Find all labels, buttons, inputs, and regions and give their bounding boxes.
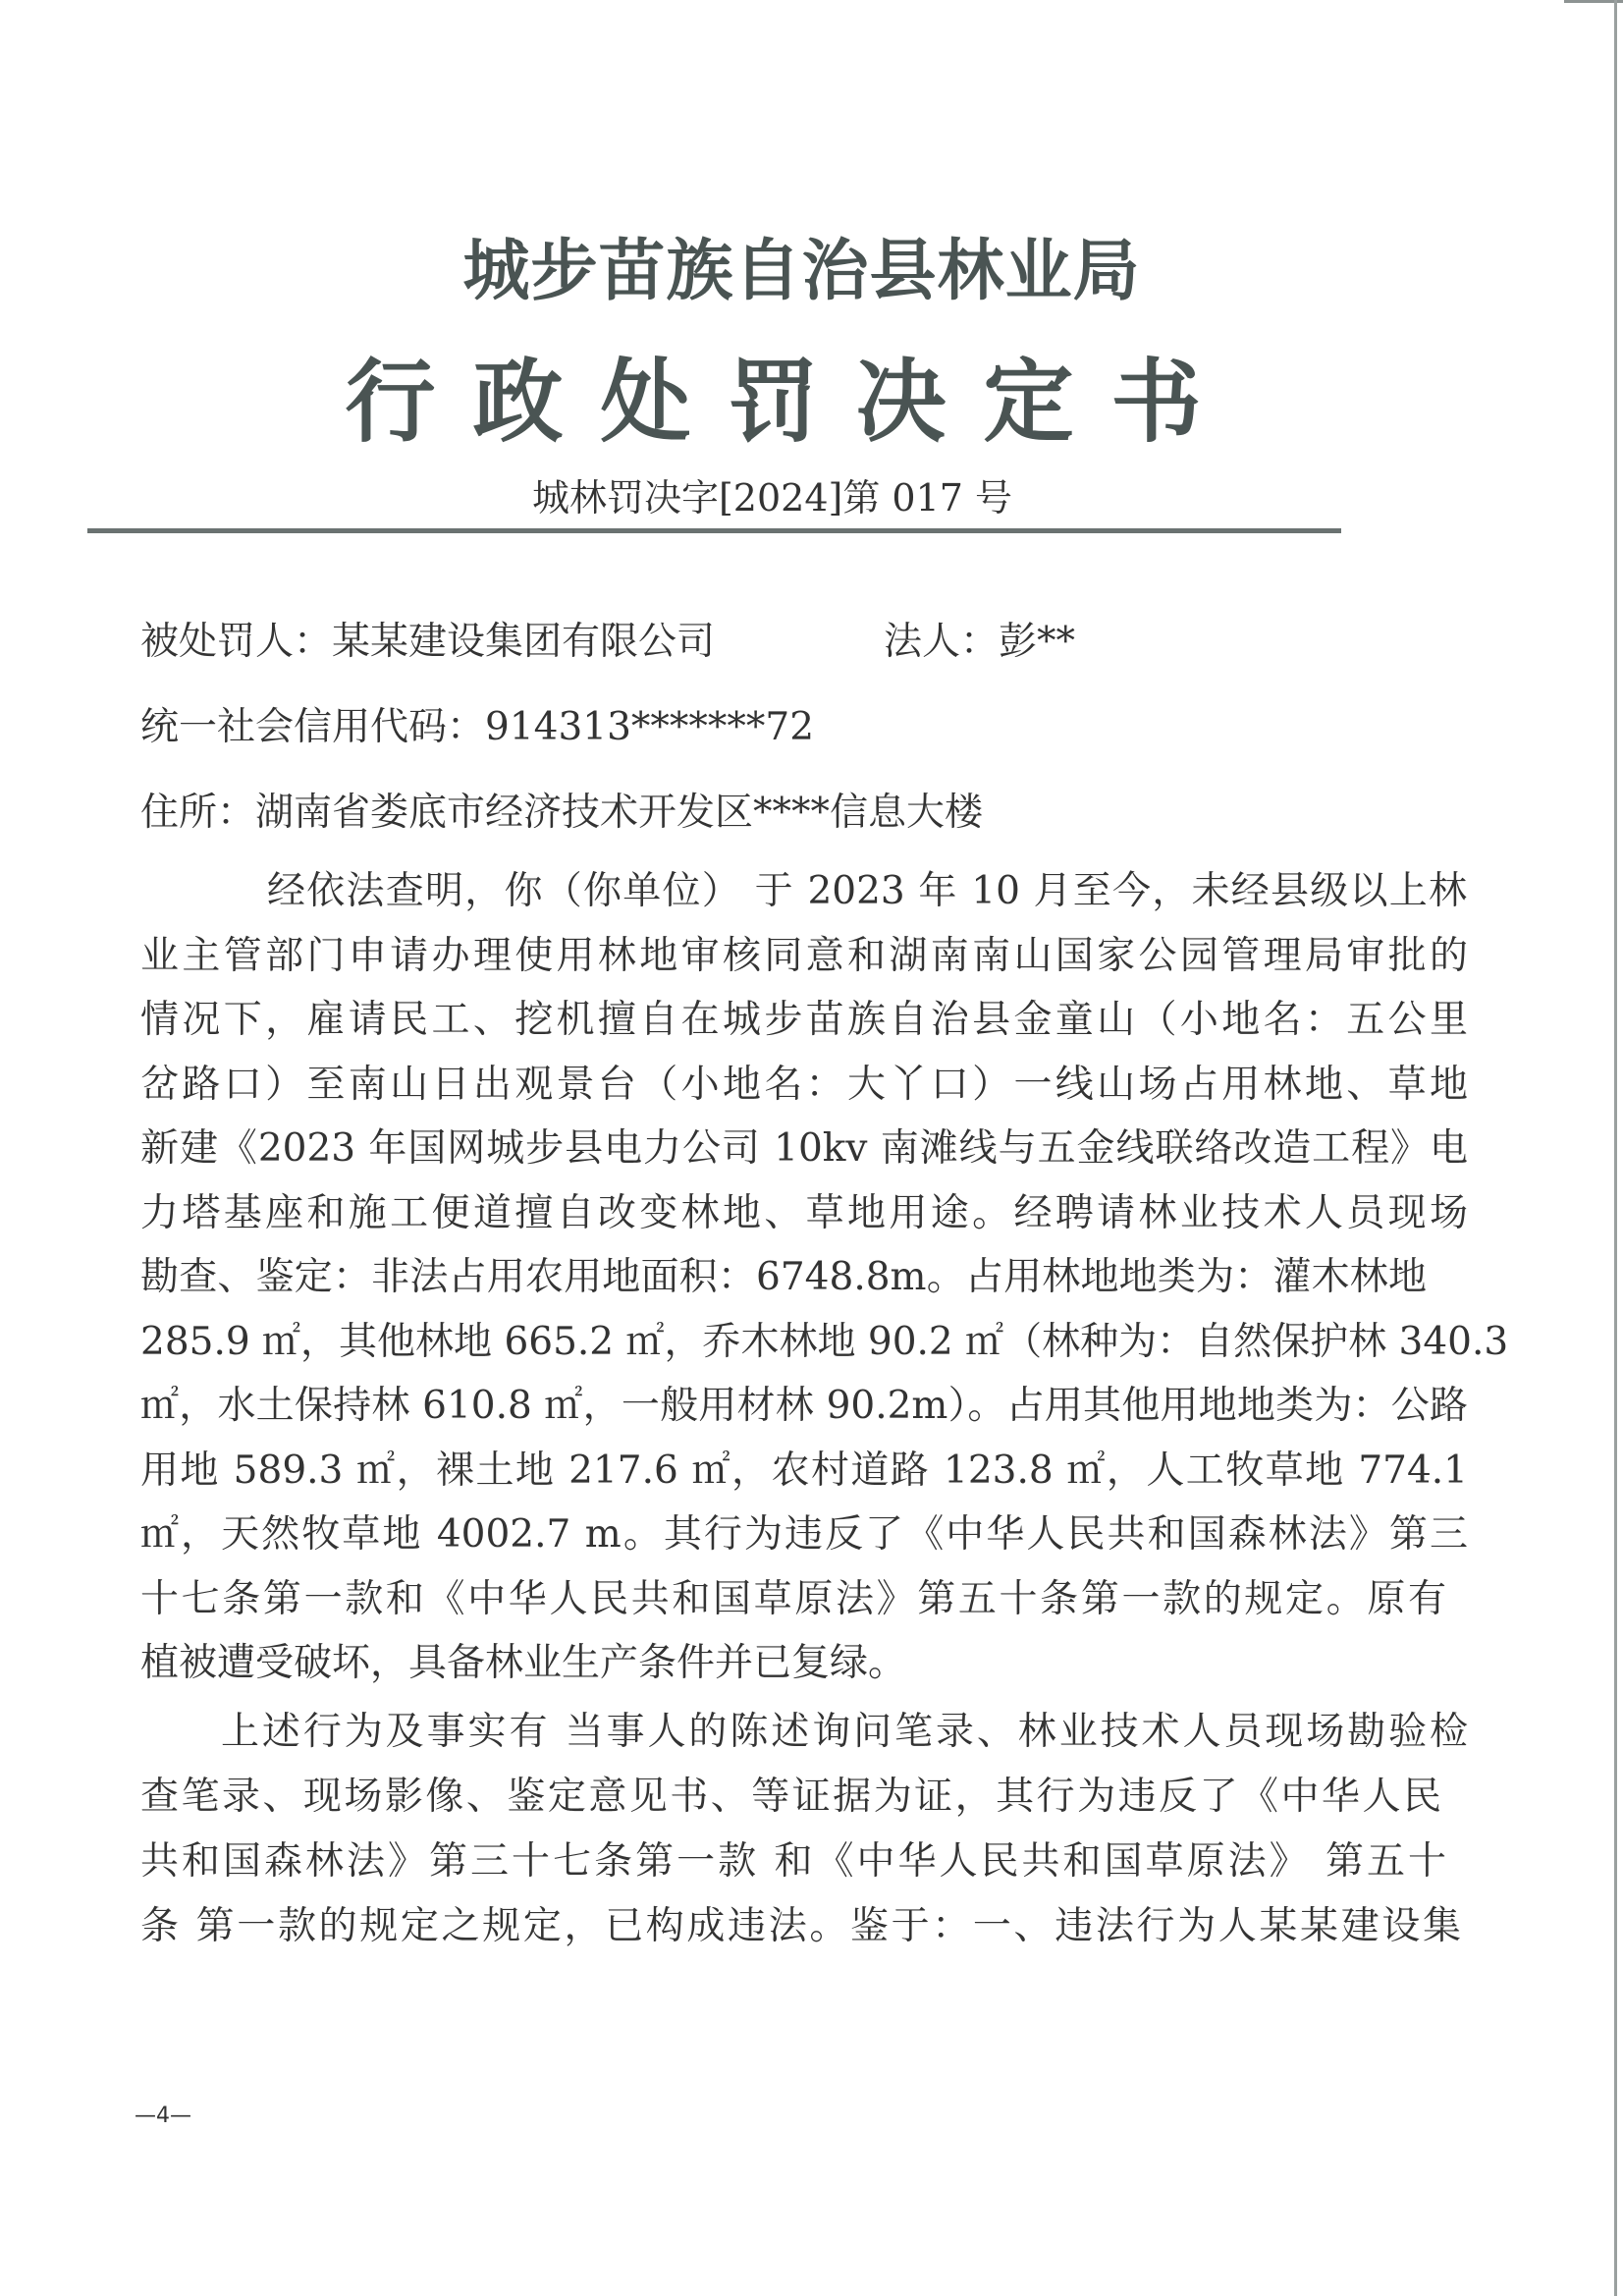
- legal-rep-value: 彭**: [999, 620, 1075, 664]
- page-edge-right: [1614, 0, 1617, 2296]
- doc-title: 行政处罚决定书: [0, 330, 1603, 460]
- page-number: —4—: [135, 2104, 191, 2128]
- doc-number: 城林罚决字[2024]第 017 号: [0, 467, 1584, 521]
- body-line: 十七条第一款和《中华人民共和国草原法》第五十条第一款的规定。原有: [140, 1576, 1446, 1623]
- org-title: 城步苗族自治县林业局: [0, 218, 1613, 313]
- body-line: 用地 589.3 ㎡，裸土地 217.6 ㎡，农村道路 123.8 ㎡，人工牧草…: [140, 1448, 1468, 1495]
- body-line: 条 第一款的规定之规定，已构成违法。鉴于：一、违法行为人某某建设集: [140, 1903, 1461, 1950]
- body-line: ㎡，天然牧草地 4002.7 m。其行为违反了《中华人民共和国森林法》第三: [140, 1511, 1468, 1558]
- credit-code-row: 统一社会信用代码：914313*******72: [140, 704, 814, 751]
- body-line: 285.9 ㎡，其他林地 665.2 ㎡，乔木林地 90.2 ㎡（林种为：自然保…: [140, 1319, 1468, 1366]
- body-line: 植被遭受破坏，具备林业生产条件并已复绿。: [140, 1640, 906, 1687]
- body-line: 上述行为及事实有 当事人的陈述询问笔录、林业技术人员现场勘验检: [221, 1709, 1468, 1756]
- address-label: 住所：: [140, 791, 255, 835]
- body-line: 情况下，雇请民工、挖机擅自在城步苗族自治县金童山（小地名：五公里: [140, 997, 1468, 1044]
- legal-rep-label: 法人：: [884, 620, 999, 664]
- body-line: 勘查、鉴定：非法占用农用地面积：6748.8m。占用林地地类为：灌木林地: [140, 1254, 1427, 1301]
- credit-code-label: 统一社会信用代码：: [140, 705, 485, 749]
- legal-rep: 法人：彭**: [884, 619, 1075, 666]
- body-line: 岔路口）至南山日出观景台（小地名：大丫口）一线山场占用林地、草地: [140, 1062, 1468, 1109]
- body-line: 经依法查明，你（你单位） 于 2023 年 10 月至今，未经县级以上林: [267, 868, 1467, 915]
- header-rule: [87, 528, 1341, 533]
- address-row: 住所：湖南省娄底市经济技术开发区****信息大楼: [140, 790, 983, 837]
- body-line: 共和国森林法》第三十七条第一款 和《中华人民共和国草原法》 第五十: [140, 1838, 1446, 1886]
- credit-code-value: 914313*******72: [485, 705, 814, 749]
- address-value: 湖南省娄底市经济技术开发区****信息大楼: [255, 791, 983, 835]
- body-line: ㎡，水土保持林 610.8 ㎡，一般用材林 90.2m）。占用其他用地地类为：公…: [140, 1383, 1468, 1430]
- body-line: 业主管部门申请办理使用林地审核同意和湖南南山国家公园管理局审批的: [140, 933, 1468, 980]
- body-line: 新建《2023 年国网城步县电力公司 10kv 南滩线与五金线联络改造工程》电: [140, 1125, 1468, 1173]
- body-line: 查笔录、现场影像、鉴定意见书、等证据为证，其行为违反了《中华人民: [140, 1774, 1441, 1821]
- penalized-party-label: 被处罚人：: [140, 620, 332, 664]
- body-line: 力塔基座和施工便道擅自改变林地、草地用途。经聘请林业技术人员现场: [140, 1190, 1468, 1237]
- penalized-party-row: 被处罚人：某某建设集团有限公司 法人：彭**: [140, 619, 1515, 666]
- penalized-party-value: 某某建设集团有限公司: [332, 619, 715, 666]
